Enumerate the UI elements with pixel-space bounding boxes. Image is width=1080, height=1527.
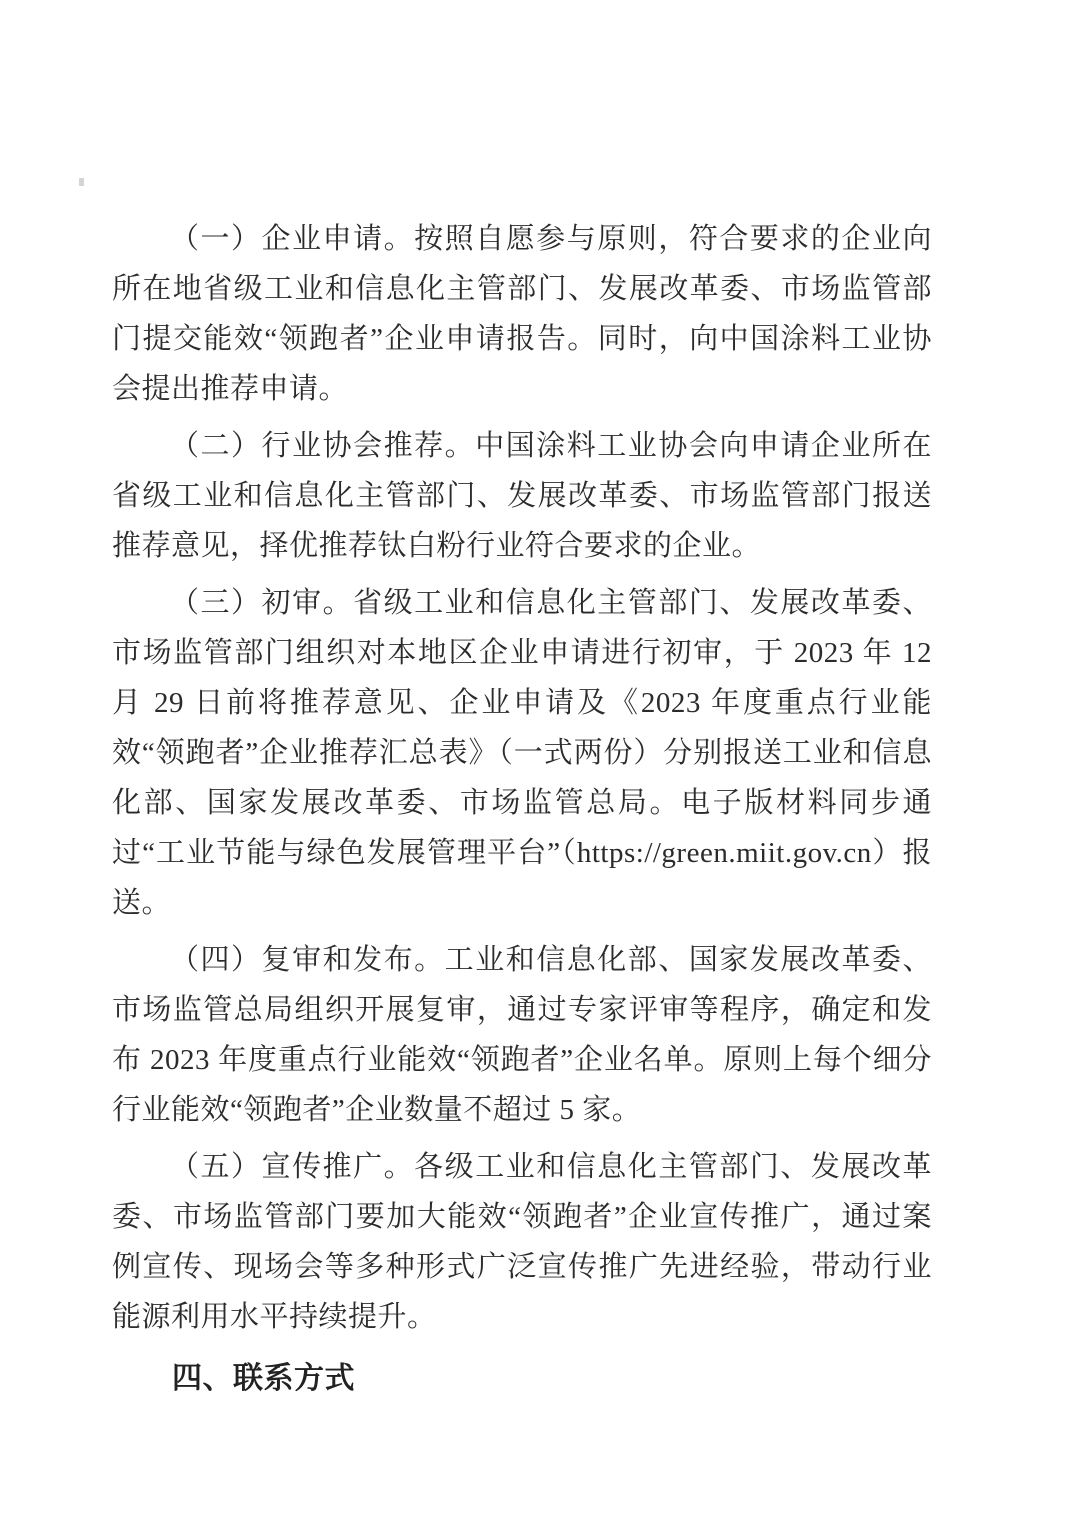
- section-heading-contact-info: 四、联系方式: [112, 1354, 932, 1404]
- document-page: （一）企业申请。按照自愿参与原则，符合要求的企业向所在地省级工业和信息化主管部门…: [112, 214, 932, 1404]
- paragraph-preliminary-review: （三）初审。省级工业和信息化主管部门、发展改革委、市场监管部门组织对本地区企业申…: [112, 578, 932, 928]
- paragraph-enterprise-application: （一）企业申请。按照自愿参与原则，符合要求的企业向所在地省级工业和信息化主管部门…: [112, 214, 932, 414]
- paragraph-publicity-promotion: （五）宣传推广。各级工业和信息化主管部门、发展改革委、市场监管部门要加大能效“领…: [112, 1142, 932, 1342]
- paragraph-review-and-release: （四）复审和发布。工业和信息化部、国家发展改革委、市场监管总局组织开展复审，通过…: [112, 935, 932, 1135]
- paragraph-association-recommendation: （二）行业协会推荐。中国涂料工业协会向申请企业所在省级工业和信息化主管部门、发展…: [112, 421, 932, 571]
- scan-speck-artifact: [79, 178, 84, 186]
